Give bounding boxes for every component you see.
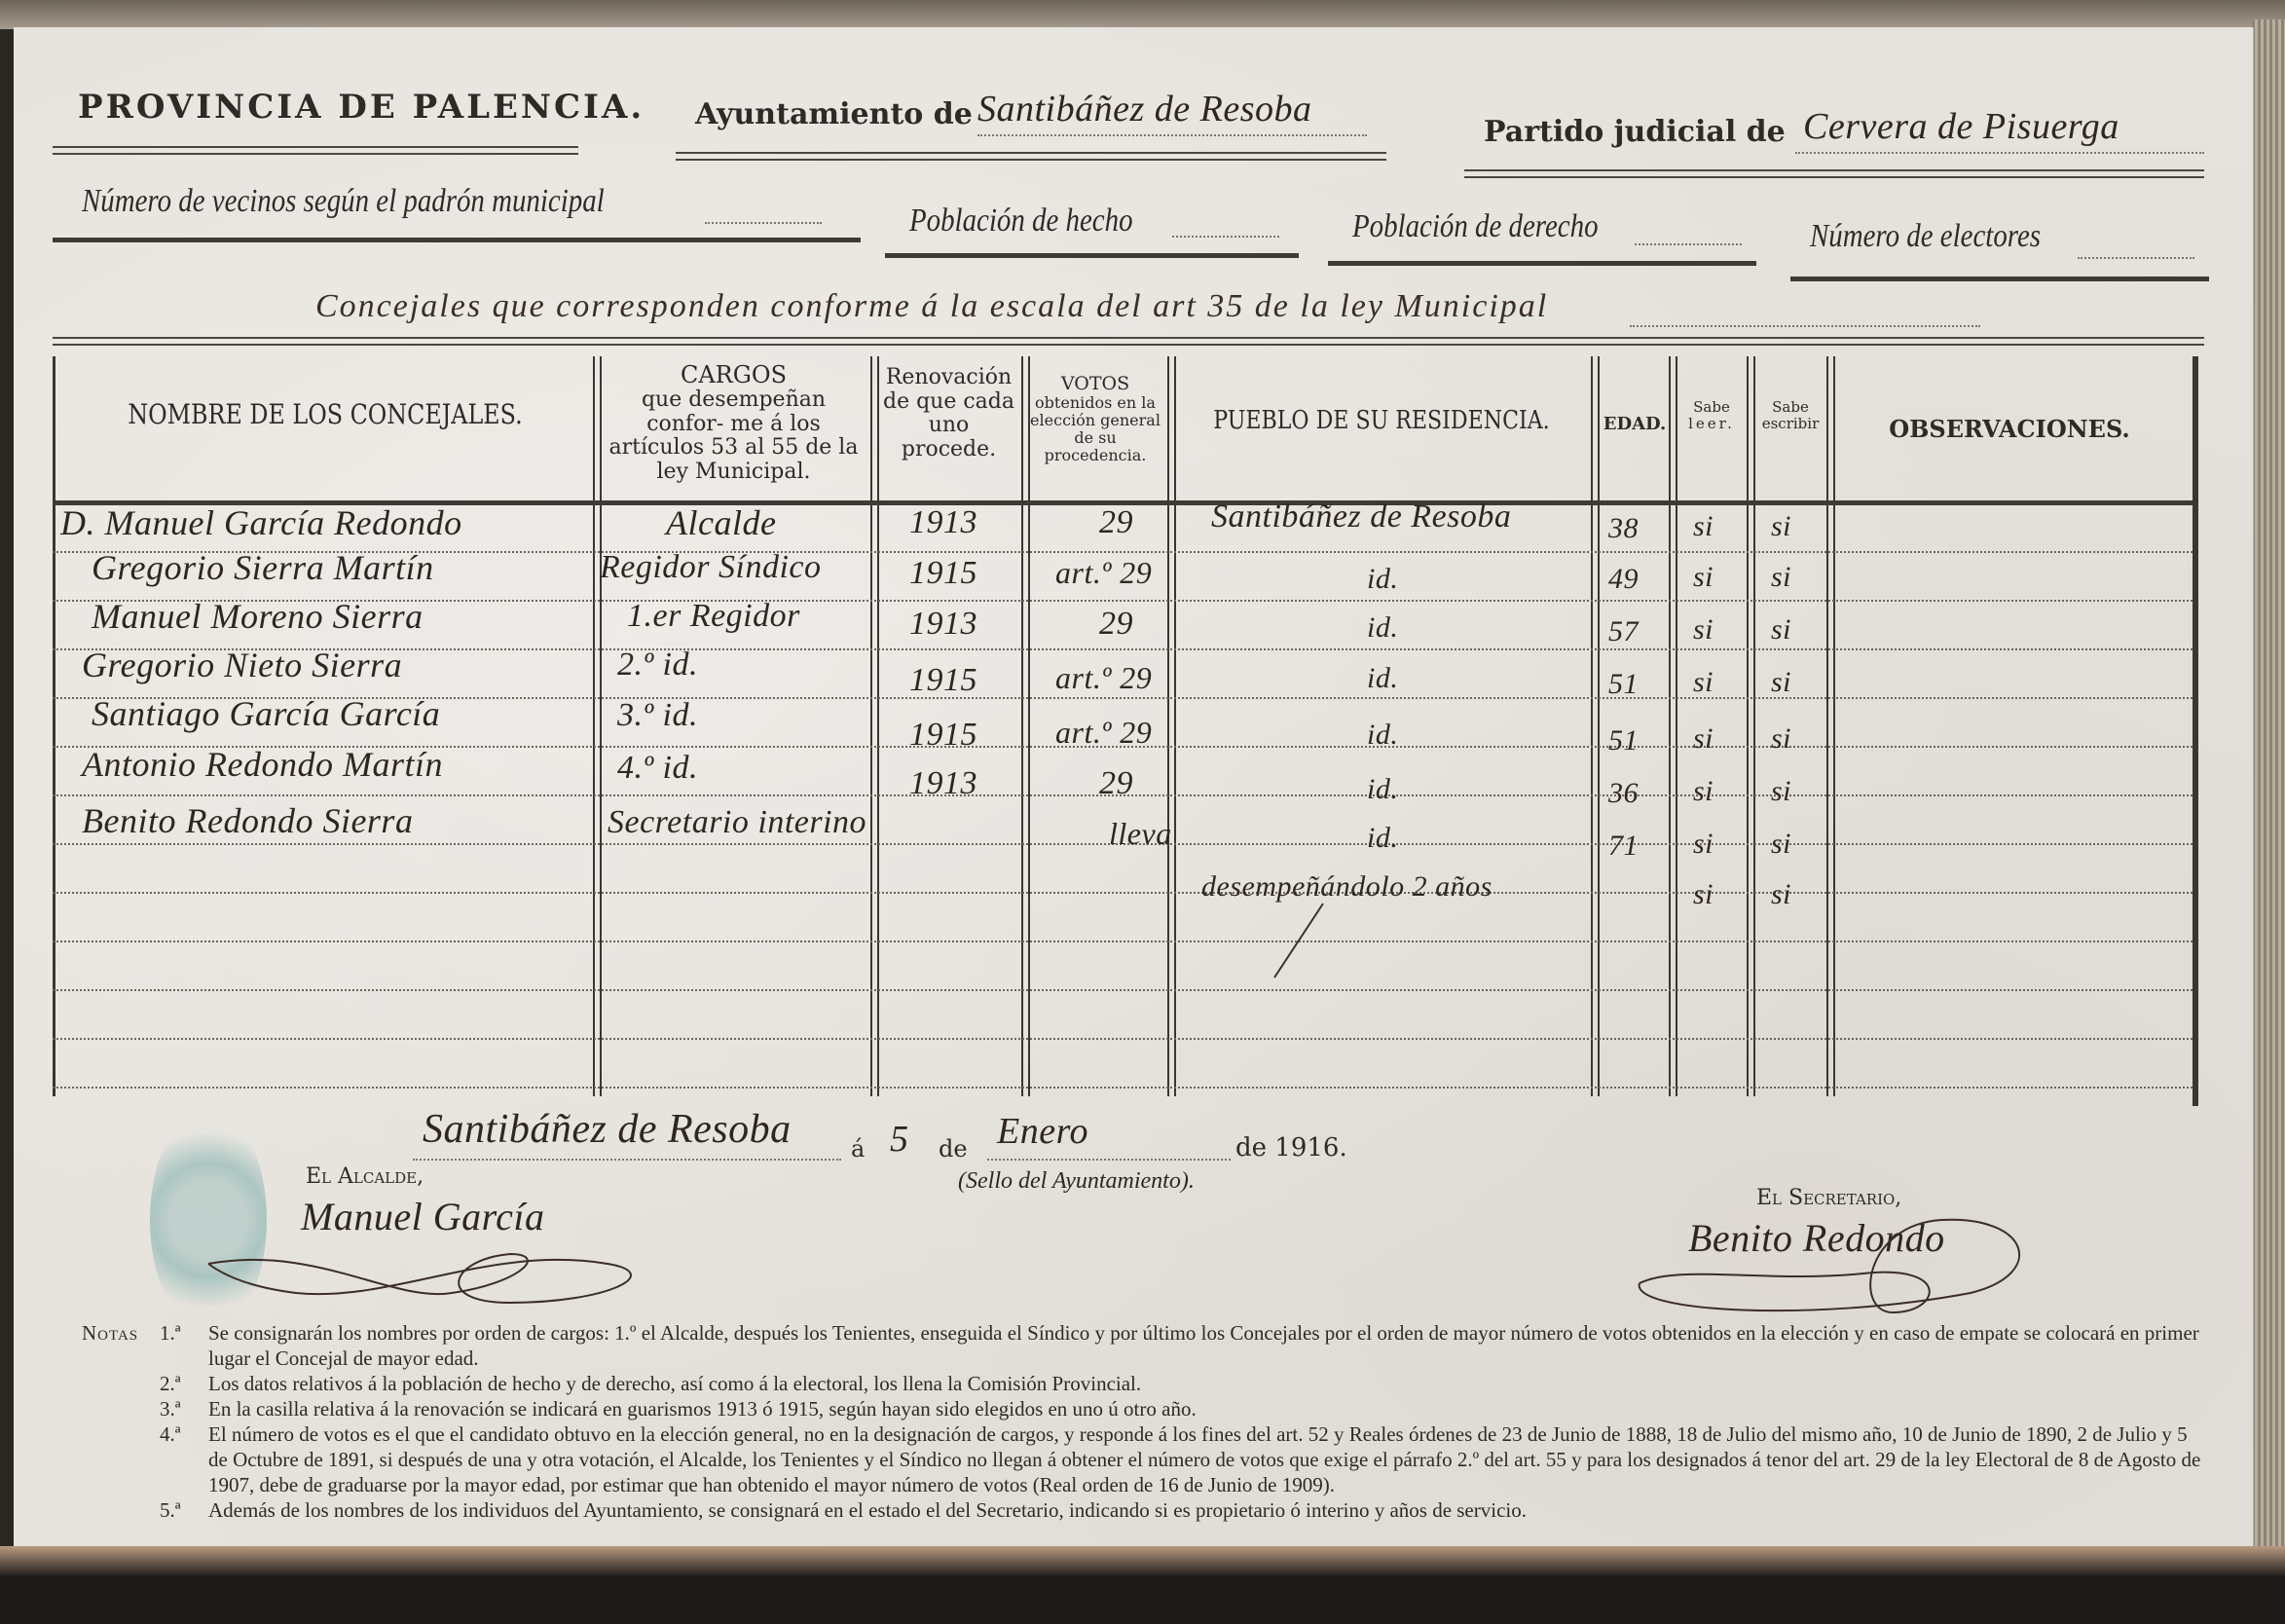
cell-edad: 38	[1608, 512, 1639, 545]
cell-votos: 29	[1099, 504, 1133, 541]
cell-nombre: Gregorio Sierra Martín	[92, 547, 434, 588]
poblacion-derecho-label: Población de derecho	[1352, 208, 1599, 245]
cell-votos: art.º 29	[1055, 555, 1152, 591]
note-number: 3.ª	[160, 1396, 208, 1421]
partido-rule	[1464, 169, 2204, 178]
ayuntamiento-rule	[676, 152, 1386, 161]
cell-leer: si	[1693, 722, 1714, 756]
note-1: Notas 1.ª Se consignarán los nombres por…	[82, 1320, 2204, 1371]
concejales-label: Concejales que corresponden conforme á l…	[315, 288, 1548, 325]
poblacion-derecho-field[interactable]	[1635, 243, 1742, 245]
ayuntamiento-dotted-line	[977, 134, 1367, 136]
province-title: PROVINCIA DE PALENCIA.	[78, 88, 645, 127]
cell-leer: si	[1693, 828, 1714, 861]
header-votos-title: VOTOS	[1026, 374, 1164, 394]
cell-votos: lleva	[1109, 816, 1172, 852]
cell-leer: si	[1693, 775, 1714, 808]
cell-pueblo: id.	[1367, 563, 1398, 596]
concejales-field[interactable]	[1630, 325, 1980, 327]
secretario-flourish	[1620, 1205, 2068, 1322]
concejales-table: NOMBRE DE LOS CONCEJALES. CARGOS que des…	[53, 356, 2194, 1096]
cell-escribir: si	[1771, 775, 1791, 808]
alcalde-flourish	[199, 1235, 685, 1312]
row-line	[53, 1087, 2193, 1089]
cell-edad: 51	[1608, 668, 1639, 701]
cell-escribir: si	[1771, 613, 1791, 646]
form-page: PROVINCIA DE PALENCIA. Ayuntamiento de S…	[14, 27, 2254, 1546]
note-text: Además de los nombres de los individuos …	[208, 1497, 2204, 1523]
alcalde-signature: Manuel García	[301, 1194, 545, 1239]
month-dotted-line	[987, 1159, 1231, 1161]
cell-escribir: si	[1771, 510, 1791, 543]
header-renovacion: Renovación de que cada uno procede.	[878, 366, 1019, 462]
cell-escribir: si	[1771, 722, 1791, 756]
alcalde-title: El Alcalde,	[306, 1164, 424, 1189]
cell-leer: si	[1693, 561, 1714, 594]
cell-cargo: Alcalde	[666, 502, 776, 543]
electores-label: Número de electores	[1810, 218, 2041, 255]
vecinos-rule	[53, 238, 861, 242]
header-votos: VOTOS obtenidos en la elección general d…	[1026, 374, 1164, 464]
note-number: 5.ª	[160, 1497, 208, 1523]
cell-leer: si	[1693, 878, 1714, 911]
footer-de: de	[939, 1135, 968, 1163]
header-sabe-leer: Sabe leer.	[1677, 399, 1747, 432]
header-sabe-escribir: Sabe escribir	[1754, 399, 1826, 432]
electores-rule	[1790, 277, 2209, 281]
cell-nombre: Santiago García García	[92, 693, 440, 734]
cell-edad: 36	[1608, 777, 1639, 810]
cell-renovacion: 1915	[909, 662, 977, 699]
cell-cargo: 1.er Regidor	[627, 598, 800, 635]
cell-votos: 29	[1099, 606, 1133, 643]
cell-nombre: Benito Redondo Sierra	[82, 800, 413, 841]
pen-stroke-mark	[1270, 902, 1328, 979]
col-divider	[1021, 356, 1030, 1096]
place-dotted-line	[413, 1159, 841, 1161]
header-sabe-leer-sub: leer.	[1677, 416, 1747, 432]
cell-edad: 51	[1608, 724, 1639, 757]
cell-renovacion: 1913	[909, 504, 977, 541]
cell-edad: 57	[1608, 615, 1639, 648]
row-line	[53, 1038, 2193, 1040]
footer-month: Enero	[997, 1110, 1088, 1153]
cell-nombre: Gregorio Nieto Sierra	[82, 645, 402, 685]
footer-place: Santibáñez de Resoba	[423, 1106, 792, 1153]
col-divider	[1826, 356, 1835, 1096]
footer-day: 5	[890, 1118, 909, 1161]
cell-pueblo: id.	[1367, 719, 1398, 752]
cell-leer: si	[1693, 510, 1714, 543]
vecinos-field[interactable]	[705, 222, 822, 224]
col-divider	[1747, 356, 1755, 1096]
cell-escribir: si	[1771, 666, 1791, 699]
notes-section: Notas 1.ª Se consignarán los nombres por…	[82, 1320, 2204, 1523]
cell-pueblo: id.	[1367, 662, 1398, 695]
electores-field[interactable]	[2078, 257, 2194, 259]
poblacion-hecho-field[interactable]	[1172, 236, 1279, 238]
book-bottom-edge	[0, 1546, 2285, 1624]
table-right-border	[2193, 356, 2198, 1106]
note-3: 3.ª En la casilla relativa á la renovaci…	[82, 1396, 2204, 1421]
cell-nombre: D. Manuel García Redondo	[60, 502, 462, 543]
cell-cargo: 4.º id.	[617, 750, 698, 787]
partido-field[interactable]: Cervera de Pisuerga	[1803, 105, 2119, 148]
header-cargos-title: CARGOS	[600, 362, 867, 388]
cell-escribir: si	[1771, 878, 1791, 911]
cell-renovacion: 1913	[909, 606, 977, 643]
cell-edad: 49	[1608, 563, 1639, 596]
note-number: 1.ª	[160, 1320, 208, 1371]
cell-renovacion: 1915	[909, 555, 977, 592]
header-votos-sub: obtenidos en la elección general de su p…	[1026, 394, 1164, 464]
cell-votos: 29	[1099, 765, 1133, 802]
col-divider	[1591, 356, 1600, 1096]
col-divider	[53, 356, 55, 1096]
cell-pueblo: id.	[1367, 822, 1398, 855]
seal-caption: (Sello del Ayuntamiento).	[958, 1168, 1195, 1195]
col-divider	[870, 356, 879, 1096]
footer-year: de 1916.	[1235, 1133, 1347, 1163]
header-edad: EDAD.	[1599, 415, 1671, 434]
header-nombre: NOMBRE DE LOS CONCEJALES.	[102, 399, 549, 429]
note-4: 4.ª El número de votos es el que el cand…	[82, 1421, 2204, 1497]
poblacion-derecho-rule	[1328, 261, 1756, 266]
cell-pueblo: id.	[1367, 611, 1398, 645]
note-number: 2.ª	[160, 1371, 208, 1396]
cell-cargo: 3.º id.	[617, 697, 698, 734]
cell-escribir: si	[1771, 561, 1791, 594]
header-cargos-sub: que desempeñan confor- me á los artículo…	[600, 388, 867, 485]
poblacion-hecho-rule	[885, 253, 1299, 258]
cell-votos: art.º 29	[1055, 660, 1152, 696]
row-line	[53, 941, 2193, 942]
note-text: Se consignarán los nombres por orden de …	[208, 1320, 2204, 1371]
cell-cargo: 2.º id.	[617, 646, 698, 683]
province-rule	[53, 146, 578, 155]
footer-a: á	[851, 1135, 865, 1163]
cell-votos: art.º 29	[1055, 715, 1152, 751]
book-top-edge	[0, 0, 2285, 29]
cell-leer: si	[1693, 613, 1714, 646]
note-text: El número de votos es el que el candidat…	[208, 1421, 2204, 1497]
note-5: 5.ª Además de los nombres de los individ…	[82, 1497, 2204, 1523]
vecinos-label: Número de vecinos según el padrón munici…	[82, 183, 605, 220]
row-line	[53, 989, 2193, 991]
ayuntamiento-field[interactable]: Santibáñez de Resoba	[977, 88, 1312, 130]
header-cargos: CARGOS que desempeñan confor- me á los a…	[600, 362, 867, 484]
partido-label: Partido judicial de	[1484, 115, 1786, 149]
header-sabe-leer-title: Sabe	[1677, 399, 1747, 416]
cell-pueblo: id.	[1367, 773, 1398, 806]
table-top-rule	[53, 337, 2204, 346]
partido-dotted-line	[1795, 152, 2204, 154]
header-sabe-escribir-title: Sabe	[1754, 399, 1826, 416]
cell-renovacion: 1915	[909, 717, 977, 754]
col-divider	[1167, 356, 1176, 1096]
cell-leer: si	[1693, 666, 1714, 699]
cell-nombre: Antonio Redondo Martín	[82, 744, 443, 785]
header-pueblo: PUEBLO DE SU RESIDENCIA.	[1208, 407, 1556, 435]
book-page-stack	[2252, 19, 2285, 1577]
cell-escribir: si	[1771, 828, 1791, 861]
note-text: En la casilla relativa á la renovación s…	[208, 1396, 2204, 1421]
cell-pueblo: desempeñándolo 2 años	[1201, 870, 1493, 904]
poblacion-hecho-label: Población de hecho	[909, 203, 1133, 240]
cell-cargo: Secretario interino	[608, 804, 866, 841]
notes-heading: Notas	[82, 1320, 160, 1371]
cell-renovacion: 1913	[909, 765, 977, 802]
header-sabe-escribir-sub: escribir	[1754, 416, 1826, 432]
cell-cargo: Regidor Síndico	[600, 549, 822, 586]
cell-edad: 71	[1608, 830, 1639, 863]
ayuntamiento-label: Ayuntamiento de	[695, 97, 973, 131]
col-divider	[1669, 356, 1677, 1096]
note-2: 2.ª Los datos relativos á la población d…	[82, 1371, 2204, 1396]
note-number: 4.ª	[160, 1421, 208, 1497]
cell-pueblo: Santibáñez de Resoba	[1211, 498, 1511, 535]
note-text: Los datos relativos á la población de he…	[208, 1371, 2204, 1396]
cell-nombre: Manuel Moreno Sierra	[92, 596, 424, 637]
header-observaciones: OBSERVACIONES.	[1834, 417, 2185, 443]
row-line	[53, 892, 2193, 894]
